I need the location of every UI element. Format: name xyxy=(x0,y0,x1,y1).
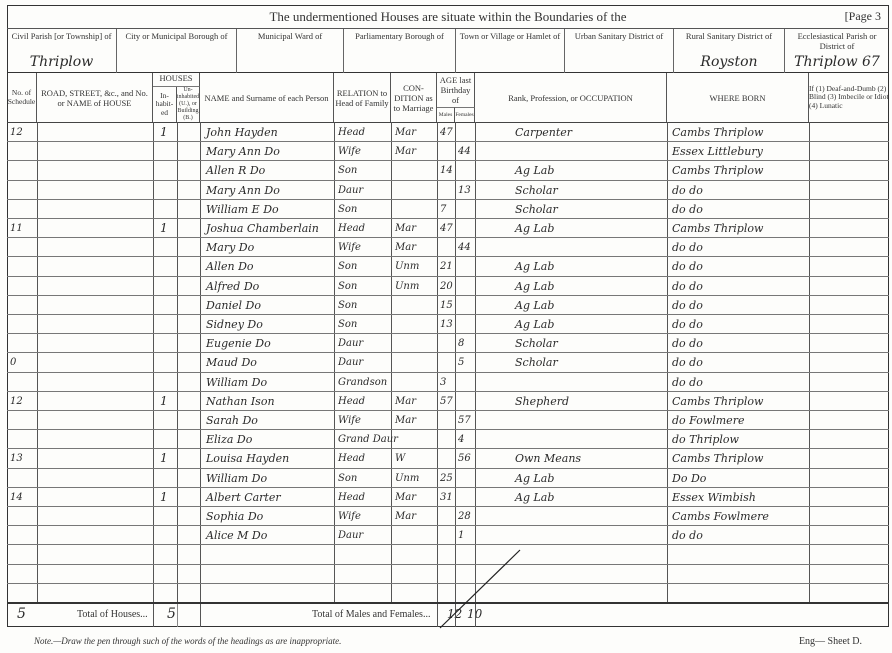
cell-condition: Mar xyxy=(395,507,437,526)
cell-born: Cambs Thriplow xyxy=(672,219,808,238)
cell-relation: Son xyxy=(338,296,390,315)
cell-female-age xyxy=(458,123,475,142)
cell-inhabited xyxy=(160,373,176,392)
cell-male-age xyxy=(440,411,455,430)
header-road: ROAD, STREET, &c., and No. or NAME of HO… xyxy=(37,73,153,122)
cell-occupation xyxy=(515,545,665,564)
cell-condition: Mar xyxy=(395,488,437,507)
cell-occupation: Ag Lab xyxy=(515,161,665,180)
header-houses: HOUSES xyxy=(153,73,200,87)
cell-occupation: Own Means xyxy=(515,449,665,468)
header-uninhabited: Un-inhabited (U.), or Building (B.) xyxy=(177,87,200,122)
form-title: The undermentioned Houses are situate wi… xyxy=(7,9,889,25)
cell-female-age: 44 xyxy=(458,142,475,161)
cell-condition xyxy=(395,565,437,584)
cell-male-age xyxy=(440,565,455,584)
cell-male-age: 3 xyxy=(440,373,455,392)
cell-relation: Son xyxy=(338,257,390,276)
cell-relation: Son xyxy=(338,277,390,296)
admin-ecclesiastical-parish: Ecclesiastical Parish or District of Thr… xyxy=(785,29,889,73)
admin-districts-row: Civil Parish [or Township] of Thriplow C… xyxy=(7,29,889,73)
cell-inhabited xyxy=(160,526,176,545)
cell-born xyxy=(672,584,808,603)
cell-relation: Son xyxy=(338,469,390,488)
cell-inhabited: 1 xyxy=(160,449,176,468)
header-age: AGE last Birthday of xyxy=(437,73,475,107)
cell-inhabited xyxy=(160,142,176,161)
cell-born: do do xyxy=(672,181,808,200)
cell-female-age xyxy=(458,257,475,276)
cell-female-age xyxy=(458,200,475,219)
header-occupation: Rank, Profession, or OCCUPATION xyxy=(475,73,667,122)
cell-name: Albert Carter xyxy=(206,488,334,507)
page-label: [Page 3 xyxy=(845,9,881,24)
cell-occupation: Scholar xyxy=(515,334,665,353)
cell-born: Cambs Thriplow xyxy=(672,123,808,142)
cell-born: do do xyxy=(672,296,808,315)
cell-male-age: 13 xyxy=(440,315,455,334)
cell-condition xyxy=(395,430,437,449)
cell-schedule xyxy=(10,430,36,449)
cell-schedule xyxy=(10,257,36,276)
cell-inhabited xyxy=(160,238,176,257)
cell-schedule: 12 xyxy=(10,123,36,142)
cell-occupation: Scholar xyxy=(515,181,665,200)
cell-born: do do xyxy=(672,526,808,545)
cell-condition: Unm xyxy=(395,469,437,488)
column-divider xyxy=(334,122,335,602)
cell-schedule xyxy=(10,565,36,584)
cell-schedule xyxy=(10,181,36,200)
cell-relation: Wife xyxy=(338,142,390,161)
cell-condition: W xyxy=(395,449,437,468)
cell-occupation: Ag Lab xyxy=(515,469,665,488)
cell-name: Maud Do xyxy=(206,353,334,372)
cell-relation: Wife xyxy=(338,411,390,430)
cell-schedule xyxy=(10,411,36,430)
civil-parish-value: Thriplow xyxy=(7,54,116,70)
cell-relation: Head xyxy=(338,123,390,142)
cell-occupation: Carpenter xyxy=(515,123,665,142)
cell-name: William E Do xyxy=(206,200,334,219)
cell-name: Alice M Do xyxy=(206,526,334,545)
cell-relation: Daur xyxy=(338,353,390,372)
cell-female-age xyxy=(458,373,475,392)
cell-occupation: Ag Lab xyxy=(515,296,665,315)
cell-male-age: 25 xyxy=(440,469,455,488)
cell-relation: Head xyxy=(338,392,390,411)
cell-condition xyxy=(395,353,437,372)
cell-born xyxy=(672,545,808,564)
cell-inhabited xyxy=(160,315,176,334)
cell-female-age: 4 xyxy=(458,430,475,449)
cell-schedule xyxy=(10,507,36,526)
column-divider xyxy=(37,122,38,602)
persons-total-label: Total of Males and Females... xyxy=(312,609,430,620)
cell-male-age: 47 xyxy=(440,219,455,238)
cell-female-age xyxy=(458,219,475,238)
cell-schedule: 11 xyxy=(10,219,36,238)
cell-schedule xyxy=(10,545,36,564)
cell-occupation: Scholar xyxy=(515,353,665,372)
cell-name xyxy=(206,545,334,564)
cell-schedule: 0 xyxy=(10,353,36,372)
cell-born: do do xyxy=(672,373,808,392)
header-schedule: No. of Schedule xyxy=(7,73,37,122)
cell-born: do do xyxy=(672,257,808,276)
cell-born: Essex Littlebury xyxy=(672,142,808,161)
ecclesiastical-parish-value: Thriplow 67 xyxy=(785,54,889,70)
cell-schedule xyxy=(10,296,36,315)
cell-condition xyxy=(395,161,437,180)
header-condition: CON-DITION as to Marriage xyxy=(391,73,437,122)
cell-name: William Do xyxy=(206,469,334,488)
column-divider xyxy=(153,122,154,602)
column-divider xyxy=(475,122,476,602)
cell-condition: Mar xyxy=(395,123,437,142)
cell-male-age: 47 xyxy=(440,123,455,142)
header-relation: RELATION to Head of Family xyxy=(334,73,391,122)
cell-relation: Wife xyxy=(338,507,390,526)
cell-relation: Son xyxy=(338,200,390,219)
cell-born: do do xyxy=(672,315,808,334)
cell-occupation: Ag Lab xyxy=(515,488,665,507)
cell-name xyxy=(206,565,334,584)
cell-female-age xyxy=(458,315,475,334)
cell-name xyxy=(206,584,334,603)
cell-name: Louisa Hayden xyxy=(206,449,334,468)
cell-inhabited: 1 xyxy=(160,392,176,411)
cell-female-age: 57 xyxy=(458,411,475,430)
cell-inhabited: 1 xyxy=(160,488,176,507)
cell-inhabited: 1 xyxy=(160,123,176,142)
cell-female-age xyxy=(458,392,475,411)
cell-occupation xyxy=(515,565,665,584)
cell-female-age: 1 xyxy=(458,526,475,545)
cell-male-age: 15 xyxy=(440,296,455,315)
cell-female-age xyxy=(458,277,475,296)
cell-condition: Mar xyxy=(395,411,437,430)
cell-schedule xyxy=(10,161,36,180)
header-where-born: WHERE BORN xyxy=(667,73,809,122)
cell-occupation xyxy=(515,584,665,603)
cell-name: Eugenie Do xyxy=(206,334,334,353)
cell-inhabited xyxy=(160,200,176,219)
cell-female-age xyxy=(458,161,475,180)
cell-inhabited xyxy=(160,181,176,200)
cell-born: do Fowlmere xyxy=(672,411,808,430)
cell-occupation xyxy=(515,238,665,257)
cell-occupation xyxy=(515,526,665,545)
cell-occupation xyxy=(515,373,665,392)
cell-relation: Grand Daur xyxy=(338,430,390,449)
cell-inhabited xyxy=(160,565,176,584)
cell-condition: Unm xyxy=(395,257,437,276)
cell-born: Cambs Thriplow xyxy=(672,161,808,180)
header-males: Males xyxy=(437,107,455,122)
cell-inhabited xyxy=(160,353,176,372)
cell-born: do do xyxy=(672,277,808,296)
cell-condition xyxy=(395,296,437,315)
cell-relation xyxy=(338,545,390,564)
admin-municipal-borough: City or Municipal Borough of xyxy=(117,29,237,73)
cell-female-age xyxy=(458,565,475,584)
cell-name: Allen R Do xyxy=(206,161,334,180)
cell-born: Cambs Fowlmere xyxy=(672,507,808,526)
cell-occupation: Ag Lab xyxy=(515,277,665,296)
cell-condition: Mar xyxy=(395,219,437,238)
cell-schedule: 14 xyxy=(10,488,36,507)
cell-name: William Do xyxy=(206,373,334,392)
cell-name: Mary Ann Do xyxy=(206,142,334,161)
cell-female-age: 8 xyxy=(458,334,475,353)
column-divider xyxy=(809,122,810,602)
cell-inhabited xyxy=(160,257,176,276)
header-infirmity: If (1) Deaf-and-Dumb (2) Blind (3) Imbec… xyxy=(809,73,889,122)
cell-occupation: Scholar xyxy=(515,200,665,219)
cell-relation: Daur xyxy=(338,181,390,200)
cell-name: Nathan Ison xyxy=(206,392,334,411)
cell-inhabited xyxy=(160,277,176,296)
cell-condition xyxy=(395,373,437,392)
cell-inhabited xyxy=(160,296,176,315)
column-divider xyxy=(391,122,392,602)
schedule-total: 5 xyxy=(17,606,26,622)
column-divider xyxy=(177,122,178,602)
cell-schedule: 13 xyxy=(10,449,36,468)
cell-born: Essex Wimbish xyxy=(672,488,808,507)
cell-relation: Head xyxy=(338,219,390,238)
cell-female-age: 28 xyxy=(458,507,475,526)
cell-inhabited xyxy=(160,584,176,603)
cell-occupation: Ag Lab xyxy=(515,219,665,238)
cell-schedule xyxy=(10,277,36,296)
cell-relation: Son xyxy=(338,315,390,334)
admin-rural-sanitary: Rural Sanitary District of Royston xyxy=(674,29,785,73)
cell-relation xyxy=(338,565,390,584)
cell-male-age xyxy=(440,449,455,468)
cell-occupation: Ag Lab xyxy=(515,315,665,334)
cell-female-age xyxy=(458,584,475,603)
cell-schedule: 12 xyxy=(10,392,36,411)
cell-condition xyxy=(395,545,437,564)
cell-female-age: 56 xyxy=(458,449,475,468)
cell-born: do do xyxy=(672,353,808,372)
cell-occupation xyxy=(515,430,665,449)
cell-name: Allen Do xyxy=(206,257,334,276)
cell-female-age: 44 xyxy=(458,238,475,257)
cell-inhabited xyxy=(160,411,176,430)
cell-inhabited xyxy=(160,507,176,526)
cell-born xyxy=(672,565,808,584)
footer-note: Note.—Draw the pen through such of the w… xyxy=(34,636,341,646)
cell-male-age xyxy=(440,430,455,449)
cell-schedule xyxy=(10,334,36,353)
cell-relation: Son xyxy=(338,161,390,180)
cell-schedule xyxy=(10,238,36,257)
cell-name: Sophia Do xyxy=(206,507,334,526)
cell-male-age xyxy=(440,142,455,161)
cell-name: Daniel Do xyxy=(206,296,334,315)
totals-row: 5 Total of Houses... 5 Total of Males an… xyxy=(7,602,889,627)
admin-civil-parish: Civil Parish [or Township] of Thriplow xyxy=(7,29,117,73)
cell-name: Mary Ann Do xyxy=(206,181,334,200)
rural-sanitary-value: Royston xyxy=(674,54,784,70)
cell-male-age xyxy=(440,238,455,257)
cell-relation: Daur xyxy=(338,334,390,353)
cell-female-age: 5 xyxy=(458,353,475,372)
cell-relation: Daur xyxy=(338,526,390,545)
cell-male-age xyxy=(440,353,455,372)
header-females: Females xyxy=(455,107,475,122)
cell-schedule xyxy=(10,142,36,161)
cell-inhabited xyxy=(160,545,176,564)
column-divider xyxy=(455,122,456,602)
census-page: The undermentioned Houses are situate wi… xyxy=(0,0,892,653)
cell-male-age xyxy=(440,334,455,353)
column-divider xyxy=(200,122,201,602)
cell-name: Alfred Do xyxy=(206,277,334,296)
cell-schedule xyxy=(10,526,36,545)
cell-condition xyxy=(395,334,437,353)
cell-male-age xyxy=(440,584,455,603)
header-name: NAME and Surname of each Person xyxy=(200,73,334,122)
cell-male-age: 57 xyxy=(440,392,455,411)
admin-parliamentary-borough: Parliamentary Borough of xyxy=(344,29,456,73)
cell-male-age: 21 xyxy=(440,257,455,276)
column-divider xyxy=(437,122,438,602)
cell-male-age xyxy=(440,181,455,200)
cell-name: Eliza Do xyxy=(206,430,334,449)
cell-schedule xyxy=(10,315,36,334)
cell-occupation: Shepherd xyxy=(515,392,665,411)
cell-condition xyxy=(395,200,437,219)
cell-female-age xyxy=(458,545,475,564)
cell-condition: Mar xyxy=(395,238,437,257)
cell-name: Mary Do xyxy=(206,238,334,257)
admin-urban-sanitary: Urban Sanitary District of xyxy=(565,29,674,73)
cell-schedule xyxy=(10,584,36,603)
cell-born: Cambs Thriplow xyxy=(672,392,808,411)
houses-total: 5 xyxy=(167,606,176,622)
cell-male-age: 20 xyxy=(440,277,455,296)
cell-female-age xyxy=(458,488,475,507)
cell-condition xyxy=(395,526,437,545)
cell-born: Cambs Thriplow xyxy=(672,449,808,468)
cell-male-age xyxy=(440,526,455,545)
cell-schedule xyxy=(10,373,36,392)
cell-condition xyxy=(395,181,437,200)
cell-name: John Hayden xyxy=(206,123,334,142)
cell-male-age: 7 xyxy=(440,200,455,219)
cell-born: do do xyxy=(672,238,808,257)
header-inhabited: In-habit-ed xyxy=(153,87,177,122)
cell-relation: Grandson xyxy=(338,373,390,392)
cell-occupation xyxy=(515,142,665,161)
cell-male-age xyxy=(440,545,455,564)
cell-relation: Head xyxy=(338,488,390,507)
cell-occupation xyxy=(515,411,665,430)
cell-born: do Thriplow xyxy=(672,430,808,449)
title-row: The undermentioned Houses are situate wi… xyxy=(7,5,889,29)
cell-relation: Wife xyxy=(338,238,390,257)
column-divider xyxy=(667,122,668,602)
cell-male-age: 14 xyxy=(440,161,455,180)
cell-inhabited xyxy=(160,469,176,488)
cell-schedule xyxy=(10,469,36,488)
cell-female-age: 13 xyxy=(458,181,475,200)
cell-inhabited xyxy=(160,161,176,180)
cell-name: Joshua Chamberlain xyxy=(206,219,334,238)
admin-town-village: Town or Village or Hamlet of xyxy=(456,29,565,73)
cell-schedule xyxy=(10,200,36,219)
cell-born: Do Do xyxy=(672,469,808,488)
houses-total-label: Total of Houses... xyxy=(77,609,148,620)
cell-condition: Unm xyxy=(395,277,437,296)
cell-name: Sidney Do xyxy=(206,315,334,334)
cell-inhabited xyxy=(160,430,176,449)
sheet-label: Eng— Sheet D. xyxy=(799,636,862,647)
cell-relation xyxy=(338,584,390,603)
cell-condition xyxy=(395,315,437,334)
cell-condition: Mar xyxy=(395,392,437,411)
cell-male-age xyxy=(440,507,455,526)
cell-name: Sarah Do xyxy=(206,411,334,430)
cell-female-age xyxy=(458,296,475,315)
admin-municipal-ward: Municipal Ward of xyxy=(237,29,344,73)
cell-inhabited xyxy=(160,334,176,353)
cell-occupation: Ag Lab xyxy=(515,257,665,276)
cell-inhabited: 1 xyxy=(160,219,176,238)
cell-condition: Mar xyxy=(395,142,437,161)
cell-condition xyxy=(395,584,437,603)
cell-relation: Head xyxy=(338,449,390,468)
cell-male-age: 31 xyxy=(440,488,455,507)
cell-female-age xyxy=(458,469,475,488)
cell-born: do do xyxy=(672,200,808,219)
cell-occupation xyxy=(515,507,665,526)
cell-born: do do xyxy=(672,334,808,353)
